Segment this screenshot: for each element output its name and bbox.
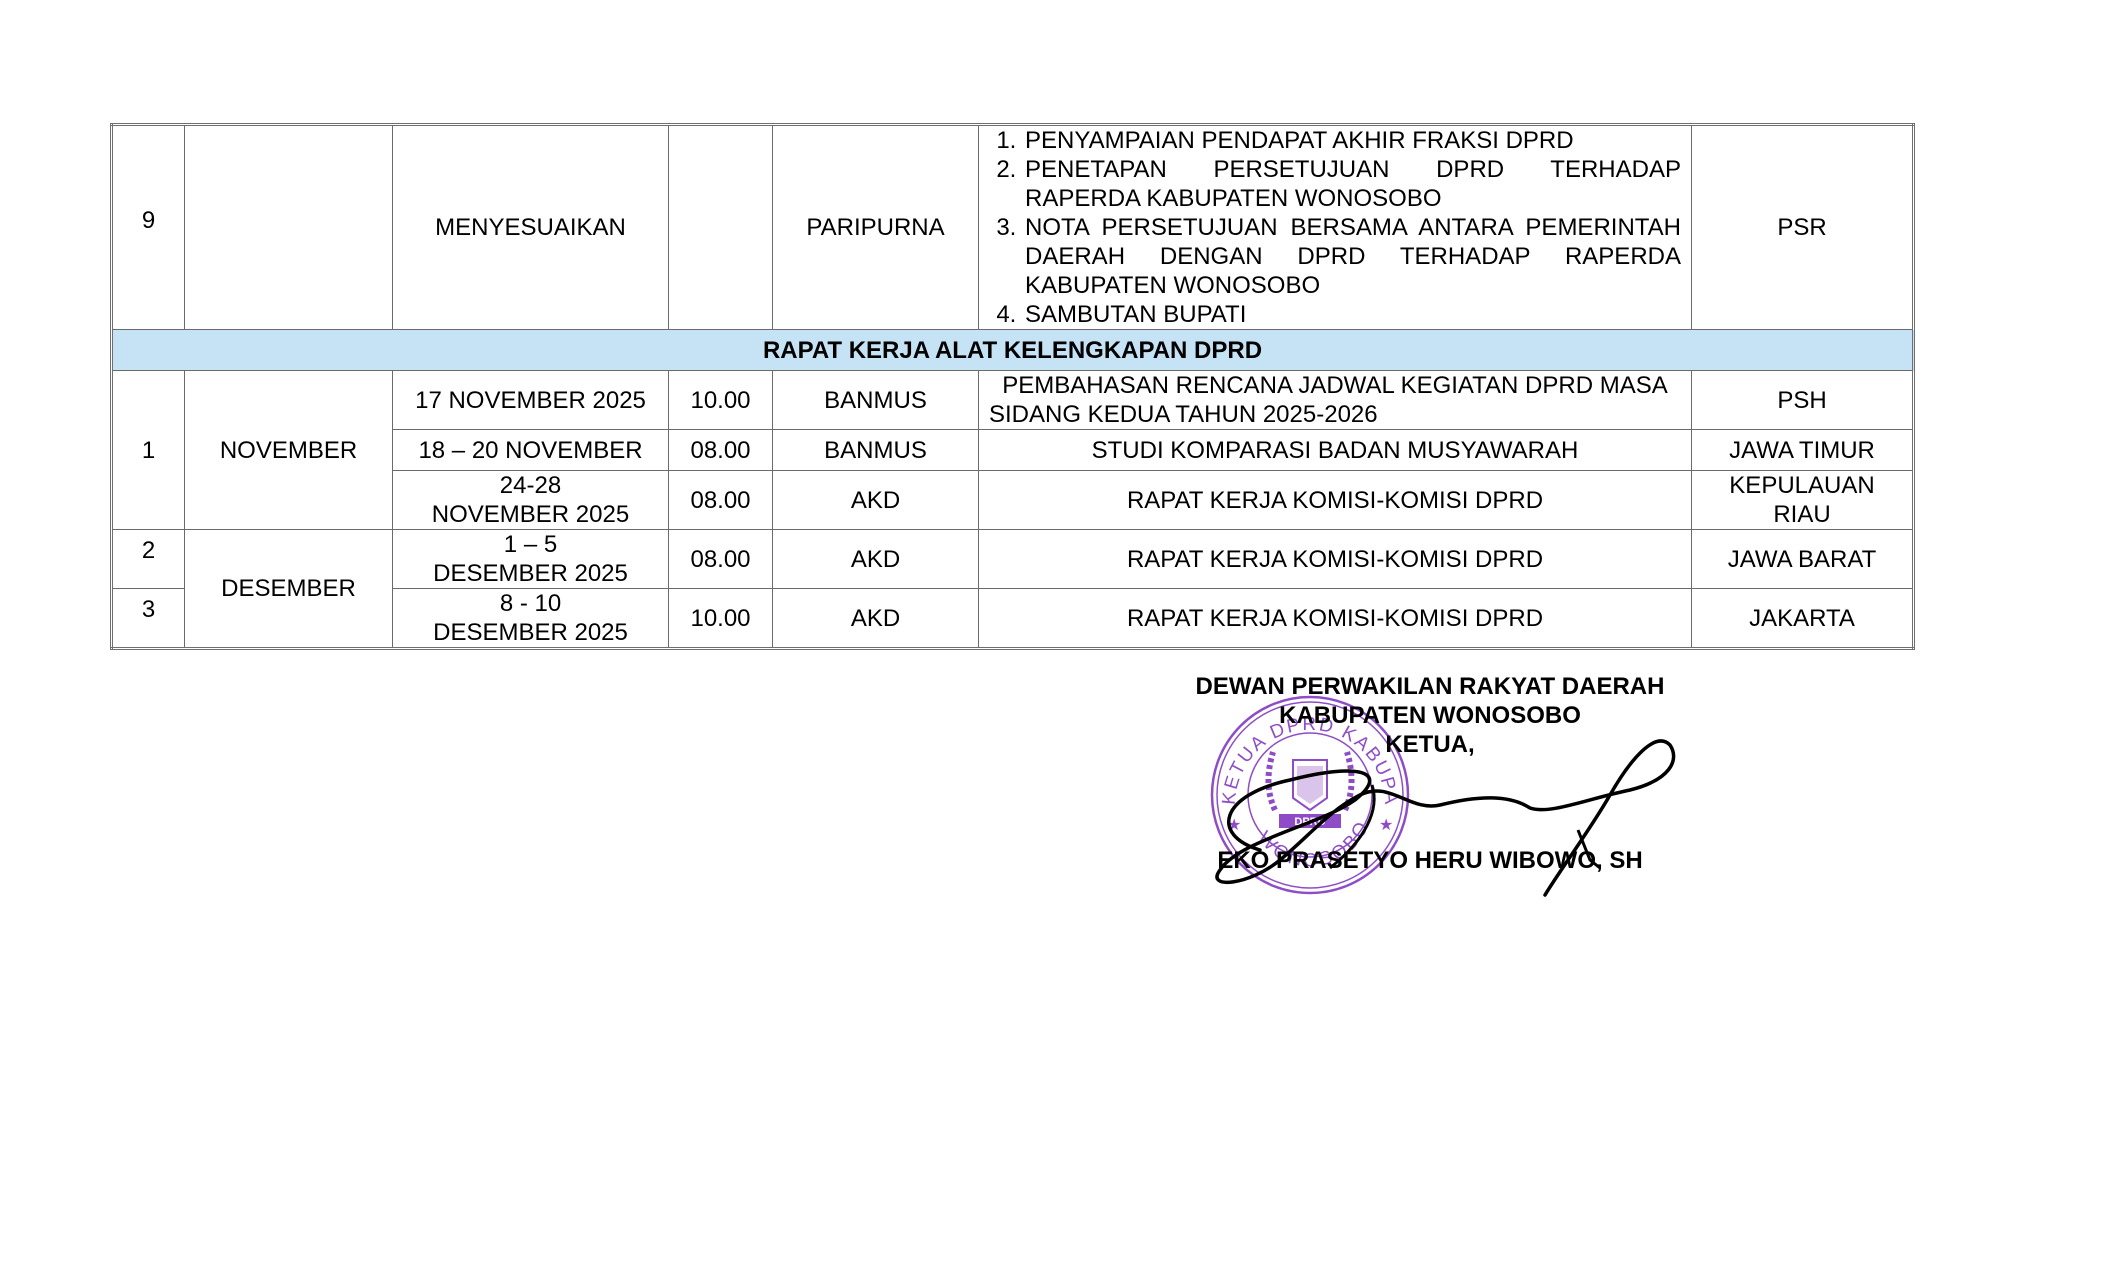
document-page: 9 MENYESUAIKAN PARIPURNA PENYAMPAIAN PEN…: [0, 0, 2101, 1276]
date-line: 8 - 10: [403, 589, 658, 618]
signer-name: EKO PRASETYO HERU WIBOWO, SH: [1150, 846, 1710, 875]
date-line: 24-28: [403, 471, 658, 500]
place-line: RIAU: [1702, 500, 1902, 529]
date-cell: 24-28 NOVEMBER 2025: [393, 471, 669, 530]
date-cell: 18 – 20 NOVEMBER: [393, 430, 669, 471]
row-number: 9: [112, 125, 185, 330]
agenda-item: SAMBUTAN BUPATI: [1023, 300, 1681, 329]
section-title: RAPAT KERJA ALAT KELENGKAPAN DPRD: [112, 330, 1914, 371]
date-line: NOVEMBER 2025: [403, 500, 658, 529]
schedule-table: 9 MENYESUAIKAN PARIPURNA PENYAMPAIAN PEN…: [110, 123, 1915, 650]
month-cell: NOVEMBER: [185, 371, 393, 530]
type-cell: BANMUS: [773, 371, 979, 430]
place-cell: JAWA BARAT: [1692, 530, 1914, 589]
date-cell: 1 – 5 DESEMBER 2025: [393, 530, 669, 589]
date-line: DESEMBER 2025: [403, 618, 658, 647]
place-cell: JAKARTA: [1692, 589, 1914, 649]
agenda-item: PENYAMPAIAN PENDAPAT AKHIR FRAKSI DPRD: [1023, 126, 1681, 155]
table-row: 2 DESEMBER 1 – 5 DESEMBER 2025 08.00 AKD…: [112, 530, 1914, 589]
section-header-row: RAPAT KERJA ALAT KELENGKAPAN DPRD: [112, 330, 1914, 371]
place-cell: JAWA TIMUR: [1692, 430, 1914, 471]
row-number: 2: [112, 530, 185, 589]
place-cell: KEPULAUAN RIAU: [1692, 471, 1914, 530]
time-cell: 10.00: [669, 371, 773, 430]
table-row: 9 MENYESUAIKAN PARIPURNA PENYAMPAIAN PEN…: [112, 125, 1914, 330]
type-cell: PARIPURNA: [773, 125, 979, 330]
agenda-item: NOTA PERSETUJUAN BERSAMA ANTARA PEMERINT…: [1023, 213, 1681, 300]
date-line: 1 – 5: [403, 530, 658, 559]
activity-cell: STUDI KOMPARASI BADAN MUSYAWARAH: [979, 430, 1692, 471]
institution-line: DEWAN PERWAKILAN RAKYAT DAERAH: [1150, 672, 1710, 701]
agenda-list: PENYAMPAIAN PENDAPAT AKHIR FRAKSI DPRD P…: [989, 126, 1681, 329]
activity-cell: PEMBAHASAN RENCANA JADWAL KEGIATAN DPRD …: [979, 371, 1692, 430]
month-cell: DESEMBER: [185, 530, 393, 649]
type-cell: AKD: [773, 589, 979, 649]
time-cell: 10.00: [669, 589, 773, 649]
time-cell: 08.00: [669, 471, 773, 530]
row-number: 3: [112, 589, 185, 649]
activity-cell: RAPAT KERJA KOMISI-KOMISI DPRD: [979, 471, 1692, 530]
row-number: 1: [112, 371, 185, 530]
agenda-item: PENETAPAN PERSETUJUAN DPRD TERHADAP RAPE…: [1023, 155, 1681, 213]
place-cell: PSR: [1692, 125, 1914, 330]
place-cell: PSH: [1692, 371, 1914, 430]
place-line: KEPULAUAN: [1702, 471, 1902, 500]
date-cell: 17 NOVEMBER 2025: [393, 371, 669, 430]
time-cell: 08.00: [669, 430, 773, 471]
table-row: 1 NOVEMBER 17 NOVEMBER 2025 10.00 BANMUS…: [112, 371, 1914, 430]
date-cell: MENYESUAIKAN: [393, 125, 669, 330]
type-cell: BANMUS: [773, 430, 979, 471]
date-cell: 8 - 10 DESEMBER 2025: [393, 589, 669, 649]
type-cell: AKD: [773, 471, 979, 530]
month-cell: [185, 125, 393, 330]
type-cell: AKD: [773, 530, 979, 589]
date-line: DESEMBER 2025: [403, 559, 658, 588]
agenda-cell: PENYAMPAIAN PENDAPAT AKHIR FRAKSI DPRD P…: [979, 125, 1692, 330]
time-cell: [669, 125, 773, 330]
activity-cell: RAPAT KERJA KOMISI-KOMISI DPRD: [979, 530, 1692, 589]
activity-cell: RAPAT KERJA KOMISI-KOMISI DPRD: [979, 589, 1692, 649]
time-cell: 08.00: [669, 530, 773, 589]
